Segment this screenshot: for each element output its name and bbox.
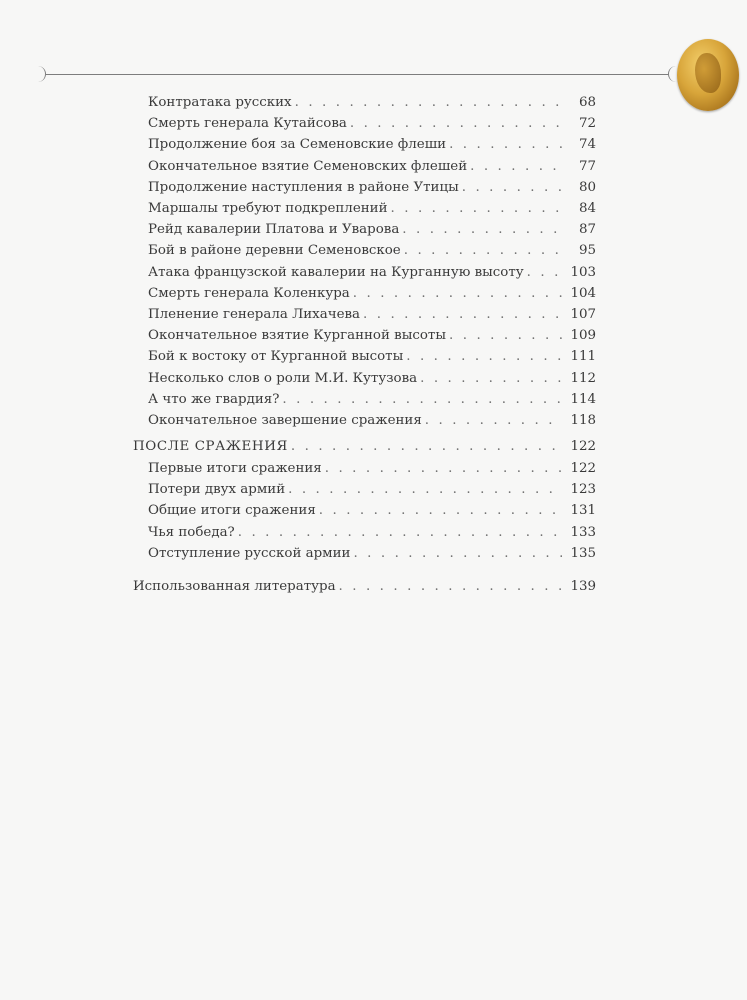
toc-entry-page: 87 (562, 221, 596, 239)
toc-entry-title: А что же гвардия? (148, 391, 282, 409)
toc-entry-page: 104 (562, 285, 596, 303)
toc-entry[interactable]: Первые итоги сражения. . . . . . . . . .… (148, 460, 596, 478)
dot-leader: . . . . . . . . . . . . . . . . . . . . … (288, 481, 562, 499)
dot-leader: . . . . . . . . . . . . . . . . . . . . … (339, 578, 562, 596)
toc-entry[interactable]: Маршалы требуют подкреплений. . . . . . … (148, 200, 596, 218)
toc-entry-title: Окончательное взятие Семеновских флешей (148, 158, 470, 176)
toc-entry[interactable]: Смерть генерала Кутайсова. . . . . . . .… (148, 115, 596, 133)
dot-leader: . . . . . . . . . . . . . . . . . . . . … (325, 460, 562, 478)
toc-entry-page: 133 (562, 524, 596, 542)
toc-entry-title: Первые итоги сражения (148, 460, 325, 478)
toc-entry-page: 95 (562, 242, 596, 260)
toc-entry[interactable]: Продолжение наступления в районе Утицы. … (148, 179, 596, 197)
dot-leader: . . . . . . . . . . . . . . . . . . . . … (353, 545, 562, 563)
toc-entry-title: Смерть генерала Кутайсова (148, 115, 350, 133)
toc-entry-page: 118 (562, 412, 596, 430)
dot-leader: . . . . . . . . . . . . . . . . . . . . … (350, 115, 562, 133)
dot-leader: . . . . . . . . . . . . . . . . . . . . … (353, 285, 562, 303)
toc-entry[interactable]: Отступление русской армии. . . . . . . .… (148, 545, 596, 563)
toc-entry[interactable]: ПОСЛЕ СРАЖЕНИЯ. . . . . . . . . . . . . … (133, 438, 596, 456)
toc-entry-page: 80 (562, 179, 596, 197)
toc-entry[interactable]: Окончательное взятие Курганной высоты. .… (148, 327, 596, 345)
toc-entry-page: 84 (562, 200, 596, 218)
toc-entry-page: 139 (562, 578, 596, 596)
dot-leader: . . . . . . . . . . . . . . . . . . . . … (363, 306, 562, 324)
dot-leader: . . . . . . . . . . . . . . . . . . . . … (470, 158, 562, 176)
toc-entry-title: Использованная литература (133, 578, 339, 596)
toc-entry[interactable]: Пленение генерала Лихачева. . . . . . . … (148, 306, 596, 324)
dot-leader: . . . . . . . . . . . . . . . . . . . . … (462, 179, 562, 197)
toc-entry[interactable]: Бой к востоку от Курганной высоты. . . .… (148, 348, 596, 366)
toc-entry-page: 107 (562, 306, 596, 324)
toc-entry-page: 68 (562, 94, 596, 112)
toc-entry-page: 114 (562, 391, 596, 409)
dot-leader: . . . . . . . . . . . . . . . . . . . . … (527, 264, 562, 282)
gold-medal-portrait-icon (677, 39, 739, 111)
toc-entry-page: 122 (562, 438, 596, 456)
toc-entry-title: Окончательное завершение сражения (148, 412, 425, 430)
toc-entry[interactable]: Окончательное взятие Семеновских флешей.… (148, 158, 596, 176)
rule-left-bracket-icon (38, 66, 46, 82)
toc-entry[interactable]: Бой в районе деревни Семеновское. . . . … (148, 242, 596, 260)
toc-entry[interactable]: Чья победа?. . . . . . . . . . . . . . .… (148, 524, 596, 542)
dot-leader: . . . . . . . . . . . . . . . . . . . . … (402, 221, 562, 239)
header-rule (46, 74, 668, 75)
toc-entry[interactable]: Контратака русских. . . . . . . . . . . … (148, 94, 596, 112)
toc-entry-title: Рейд кавалерии Платова и Уварова (148, 221, 402, 239)
toc-entry[interactable]: Продолжение боя за Семеновские флеши. . … (148, 136, 596, 154)
toc-entry-title: Смерть генерала Коленкура (148, 285, 353, 303)
toc-entry[interactable]: Потери двух армий. . . . . . . . . . . .… (148, 481, 596, 499)
toc-entry-page: 72 (562, 115, 596, 133)
toc-entry-title: Продолжение боя за Семеновские флеши (148, 136, 449, 154)
dot-leader: . . . . . . . . . . . . . . . . . . . . … (406, 348, 562, 366)
toc-entry-title: Маршалы требуют подкреплений (148, 200, 391, 218)
dot-leader: . . . . . . . . . . . . . . . . . . . . … (420, 370, 562, 388)
toc-entry[interactable]: Рейд кавалерии Платова и Уварова. . . . … (148, 221, 596, 239)
toc-entry-title: Продолжение наступления в районе Утицы (148, 179, 462, 197)
toc-entry-title: Бой к востоку от Курганной высоты (148, 348, 406, 366)
dot-leader: . . . . . . . . . . . . . . . . . . . . … (449, 327, 562, 345)
toc-entry-page: 131 (562, 502, 596, 520)
toc-entry-title: Атака французской кавалерии на Курганную… (148, 264, 527, 282)
toc-entry-title: Чья победа? (148, 524, 238, 542)
dot-leader: . . . . . . . . . . . . . . . . . . . . … (425, 412, 562, 430)
toc-entry-title: Несколько слов о роли М.И. Кутузова (148, 370, 420, 388)
toc-entry-title: Бой в районе деревни Семеновское (148, 242, 404, 260)
toc-entry-title: ПОСЛЕ СРАЖЕНИЯ (133, 438, 291, 456)
toc-entry-page: 77 (562, 158, 596, 176)
toc-entry-title: Пленение генерала Лихачева (148, 306, 363, 324)
dot-leader: . . . . . . . . . . . . . . . . . . . . … (404, 242, 562, 260)
toc-entry[interactable]: Атака французской кавалерии на Курганную… (148, 264, 596, 282)
toc-entry[interactable]: Смерть генерала Коленкура. . . . . . . .… (148, 285, 596, 303)
dot-leader: . . . . . . . . . . . . . . . . . . . . … (295, 94, 562, 112)
toc-entry[interactable]: Использованная литература. . . . . . . .… (133, 578, 596, 596)
dot-leader: . . . . . . . . . . . . . . . . . . . . … (238, 524, 562, 542)
toc-entry-page: 112 (562, 370, 596, 388)
dot-leader: . . . . . . . . . . . . . . . . . . . . … (449, 136, 562, 154)
toc-entry[interactable]: Несколько слов о роли М.И. Кутузова. . .… (148, 370, 596, 388)
toc-entry-page: 123 (562, 481, 596, 499)
toc-entry[interactable]: Окончательное завершение сражения. . . .… (148, 412, 596, 430)
rule-right-bracket-icon (668, 66, 676, 82)
toc-entry[interactable]: Общие итоги сражения. . . . . . . . . . … (148, 502, 596, 520)
toc-entry-page: 135 (562, 545, 596, 563)
toc-entry-title: Потери двух армий (148, 481, 288, 499)
toc-entry-page: 111 (562, 348, 596, 366)
toc-entry[interactable]: А что же гвардия?. . . . . . . . . . . .… (148, 391, 596, 409)
toc-entry-title: Окончательное взятие Курганной высоты (148, 327, 449, 345)
toc-entry-page: 103 (562, 264, 596, 282)
dot-leader: . . . . . . . . . . . . . . . . . . . . … (391, 200, 562, 218)
toc-entry-page: 109 (562, 327, 596, 345)
dot-leader: . . . . . . . . . . . . . . . . . . . . … (291, 438, 562, 456)
dot-leader: . . . . . . . . . . . . . . . . . . . . … (319, 502, 562, 520)
toc-entry-page: 122 (562, 460, 596, 478)
toc-entry-title: Отступление русской армии (148, 545, 353, 563)
toc-entry-page: 74 (562, 136, 596, 154)
dot-leader: . . . . . . . . . . . . . . . . . . . . … (282, 391, 562, 409)
toc-entry-title: Контратака русских (148, 94, 295, 112)
toc-entry-title: Общие итоги сражения (148, 502, 319, 520)
